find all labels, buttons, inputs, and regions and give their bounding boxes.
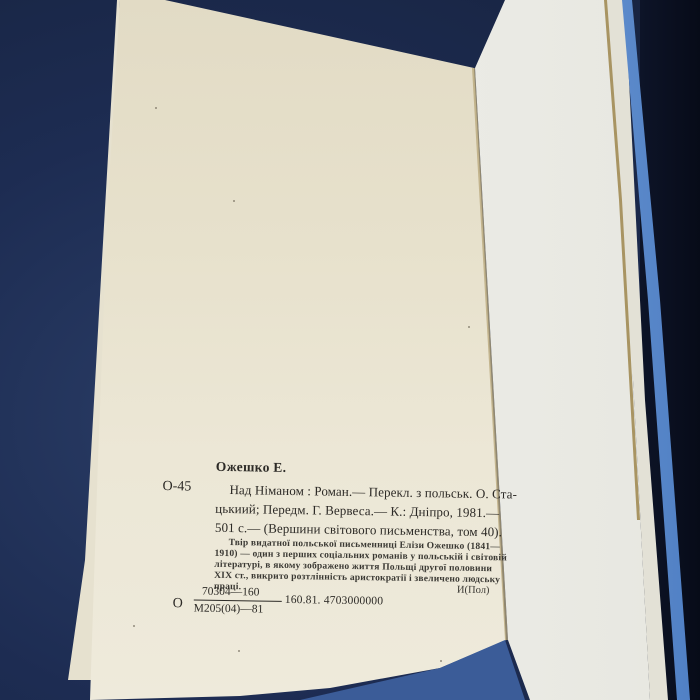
call-number: О-45 bbox=[162, 479, 191, 495]
catalog-fraction: 70304—160 М205(04)—81 bbox=[194, 585, 282, 617]
fraction-numerator: 70304—160 bbox=[194, 585, 282, 600]
paper-speck bbox=[468, 326, 470, 328]
paper-speck bbox=[133, 625, 135, 627]
paper-speck bbox=[238, 650, 240, 652]
paper-speck bbox=[233, 200, 235, 202]
paper-speck bbox=[440, 660, 442, 662]
paper-speck bbox=[155, 107, 157, 109]
bibliographic-entry: Над Німаном : Роман.— Перекл. з польськ.… bbox=[215, 480, 506, 542]
catalog-codes: 160.81. 4703000000 bbox=[285, 594, 384, 608]
udc-code: И(Пол) bbox=[457, 585, 490, 597]
author-name: Ожешко Е. bbox=[216, 459, 287, 476]
classification-prefix: О bbox=[173, 596, 183, 612]
fraction-denominator: М205(04)—81 bbox=[194, 602, 282, 617]
